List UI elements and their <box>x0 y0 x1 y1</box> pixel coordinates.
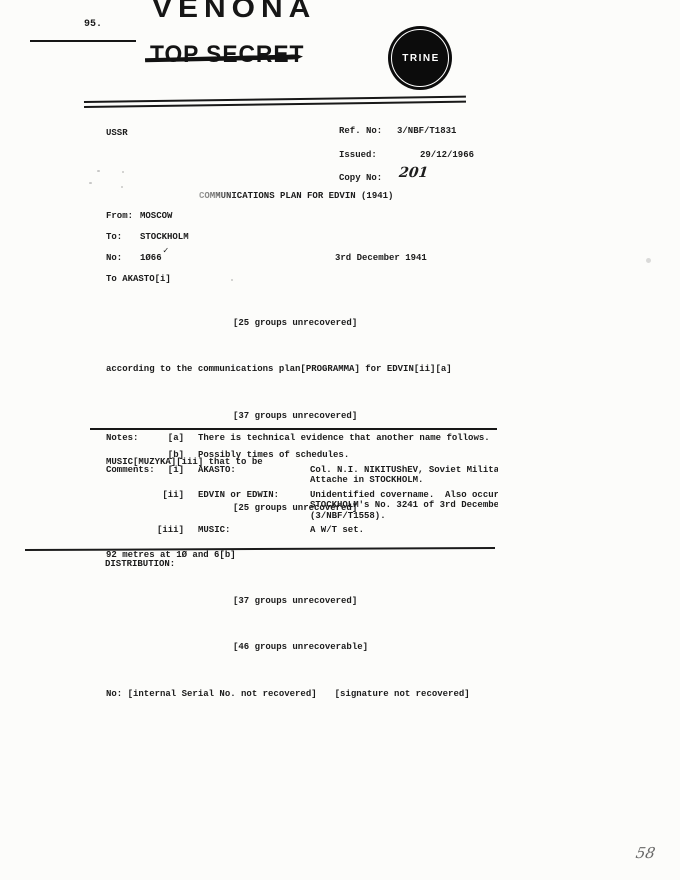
scan-speck <box>121 186 123 188</box>
footer-page-number-handwritten: 58 <box>634 844 656 862</box>
note-tag: [b] <box>148 450 184 460</box>
scan-speck <box>89 182 92 184</box>
comment-desc: A W/T set. <box>310 525 498 535</box>
notes-label: Notes: <box>106 433 138 443</box>
issued-value: 29/12/1966 <box>420 150 474 160</box>
body-line: [46 groups unrecoverable] <box>233 640 526 655</box>
copy-no-handwritten-value: 201 <box>398 165 429 181</box>
trine-seal: TRINE <box>388 26 452 90</box>
checkmark-annotation: ✓ <box>163 246 168 256</box>
issued-label: Issued: <box>339 150 377 160</box>
to-label: To: <box>106 232 122 242</box>
message-date: 3rd December 1941 <box>335 253 427 263</box>
message-no-value: 1Ø66 <box>140 253 162 263</box>
addressee-line: To AKASTO[i] <box>106 274 171 284</box>
ref-no-value: 3/NBF/T1831 <box>397 126 456 136</box>
trine-seal-label: TRINE <box>402 53 440 64</box>
page-scan: { "scan": { "page_number": "95.", "proje… <box>0 0 680 880</box>
body-line: [37 groups unrecovered] <box>233 409 526 424</box>
body-line: according to the communications plan[PRO… <box>106 362 526 377</box>
to-value: STOCKHOLM <box>140 232 189 242</box>
scan-speck <box>646 258 651 263</box>
comment-term: AKASTO: <box>198 465 236 475</box>
note-text: There is technical evidence that another… <box>198 433 490 443</box>
comment-desc: Unidentified covername. Also occurred i … <box>310 490 498 521</box>
comment-term: EDVIN or EDWIN: <box>198 490 279 500</box>
scan-speck <box>231 279 233 281</box>
comment-desc: Col. N.I. NIKITUShEV, Soviet Military At… <box>310 465 498 486</box>
country-label: USSR <box>106 128 128 138</box>
copy-no-label: Copy No: <box>339 173 382 183</box>
venona-title: VENONA <box>152 0 316 24</box>
comment-term: MUSIC: <box>198 525 230 535</box>
scan-speck <box>97 170 100 172</box>
scan-speck <box>122 171 124 173</box>
ref-no-label: Ref. No: <box>339 126 382 136</box>
from-value: MOSCOW <box>140 211 172 221</box>
rule-above-notes <box>90 428 497 430</box>
page-number: 95. <box>84 19 102 30</box>
serial-line: No: [internal Serial No. not recovered] <box>106 687 317 702</box>
comment-tag: [iii] <box>148 525 184 535</box>
signature-line: [signature not recovered] <box>335 687 470 702</box>
comment-tag: [ii] <box>148 490 184 500</box>
page-number-underline <box>30 40 136 42</box>
note-tag: [a] <box>148 433 184 443</box>
distribution-label: DISTRIBUTION: <box>105 559 175 569</box>
comment-tag: [i] <box>148 465 184 475</box>
note-text: Possibly times of schedules. <box>198 450 349 460</box>
body-line: [25 groups unrecovered] <box>233 316 526 331</box>
body-line: [37 groups unrecovered] <box>233 594 526 609</box>
document-title: COMMUNICATIONS PLAN FOR EDVIN (1941) <box>199 191 393 201</box>
header-double-rule <box>84 96 466 108</box>
from-label: From: <box>106 211 133 221</box>
message-no-label: No: <box>106 253 122 263</box>
